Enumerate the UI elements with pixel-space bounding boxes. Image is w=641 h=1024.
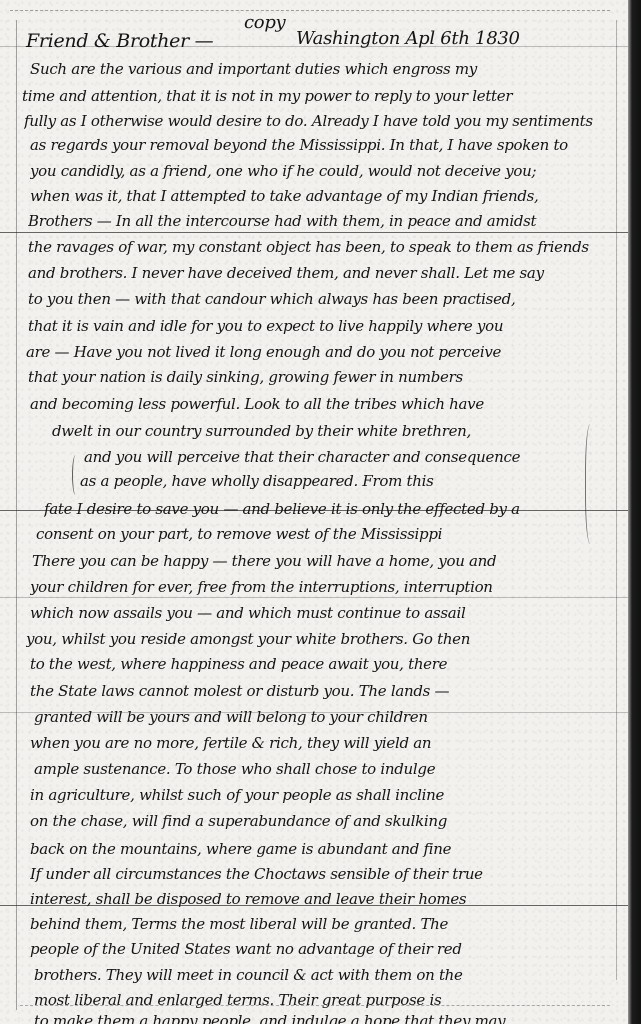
letter-line: granted will be yours and will belong to… [34, 708, 614, 726]
letter-line: most liberal and enlarged terms. Their g… [34, 991, 614, 1009]
ruled-line [0, 232, 628, 233]
letter-line: interest, shall be disposed to remove an… [30, 890, 610, 908]
letter-line: and brothers. I never have deceived them… [28, 264, 608, 282]
scan-border [628, 0, 641, 1024]
copy-annotation: copy [244, 12, 285, 33]
letter-line: consent on your part, to remove west of … [36, 525, 616, 543]
letter-line: as a people, have wholly disappeared. Fr… [80, 472, 628, 490]
ruled-line [0, 597, 628, 598]
letter-line: and becoming less powerful. Look to all … [30, 395, 610, 413]
letter-line: are — Have you not lived it long enough … [26, 343, 606, 361]
letter-line: when you are no more, fertile & rich, th… [30, 734, 610, 752]
letter-line: your children for ever, free from the in… [30, 578, 610, 596]
letter-line: If under all circumstances the Choctaws … [30, 865, 610, 883]
top-rule [10, 10, 610, 12]
place-date: Washington Apl 6th 1830 [296, 28, 520, 49]
letter-line: dwelt in our country surrounded by their… [52, 422, 628, 440]
letter-line: Such are the various and important dutie… [30, 60, 610, 78]
letter-line: you candidly, as a friend, one who if he… [30, 162, 610, 180]
letter-line: to you then — with that candour which al… [28, 290, 608, 308]
letter-line: Brothers — In all the intercourse had wi… [28, 212, 608, 230]
letter-line: that your nation is daily sinking, growi… [28, 368, 608, 386]
letter-line: behind them, Terms the most liberal will… [30, 915, 610, 933]
letter-line: fully as I otherwise would desire to do.… [24, 112, 604, 130]
letter-line: the ravages of war, my constant object h… [28, 238, 608, 256]
letter-line: that it is vain and idle for you to expe… [28, 317, 608, 335]
letter-line: to the west, where happiness and peace a… [30, 655, 610, 673]
letter-line: you, whilst you reside amongst your whit… [26, 630, 606, 648]
letter-line: as regards your removal beyond the Missi… [30, 136, 610, 154]
letter-line: fate I desire to save you — and believe … [44, 500, 624, 518]
letter-page: copy Washington Apl 6th 1830 Friend & Br… [0, 0, 628, 1024]
letter-line: the State laws cannot molest or disturb … [30, 682, 610, 700]
letter-line: in agriculture, whilst such of your peop… [30, 786, 610, 804]
letter-line: ample sustenance. To those who shall cho… [34, 760, 614, 778]
letter-line: when was it, that I attempted to take ad… [30, 187, 610, 205]
letter-line: There you can be happy — there you will … [32, 552, 612, 570]
letter-line: which now assails you — and which must c… [30, 604, 610, 622]
letter-line: brothers. They will meet in council & ac… [34, 966, 614, 984]
letter-line: time and attention, that it is not in my… [22, 87, 602, 105]
letter-line: on the chase, will find a superabundance… [30, 812, 610, 830]
letter-line: and you will perceive that their charact… [84, 448, 628, 466]
salutation: Friend & Brother — [26, 30, 213, 52]
letter-line: to make them a happy people, and indulge… [34, 1012, 614, 1024]
left-margin-line [16, 20, 17, 1010]
letter-line: back on the mountains, where game is abu… [30, 840, 610, 858]
letter-line: people of the United States want no adva… [30, 940, 610, 958]
insertion-mark [72, 455, 79, 495]
